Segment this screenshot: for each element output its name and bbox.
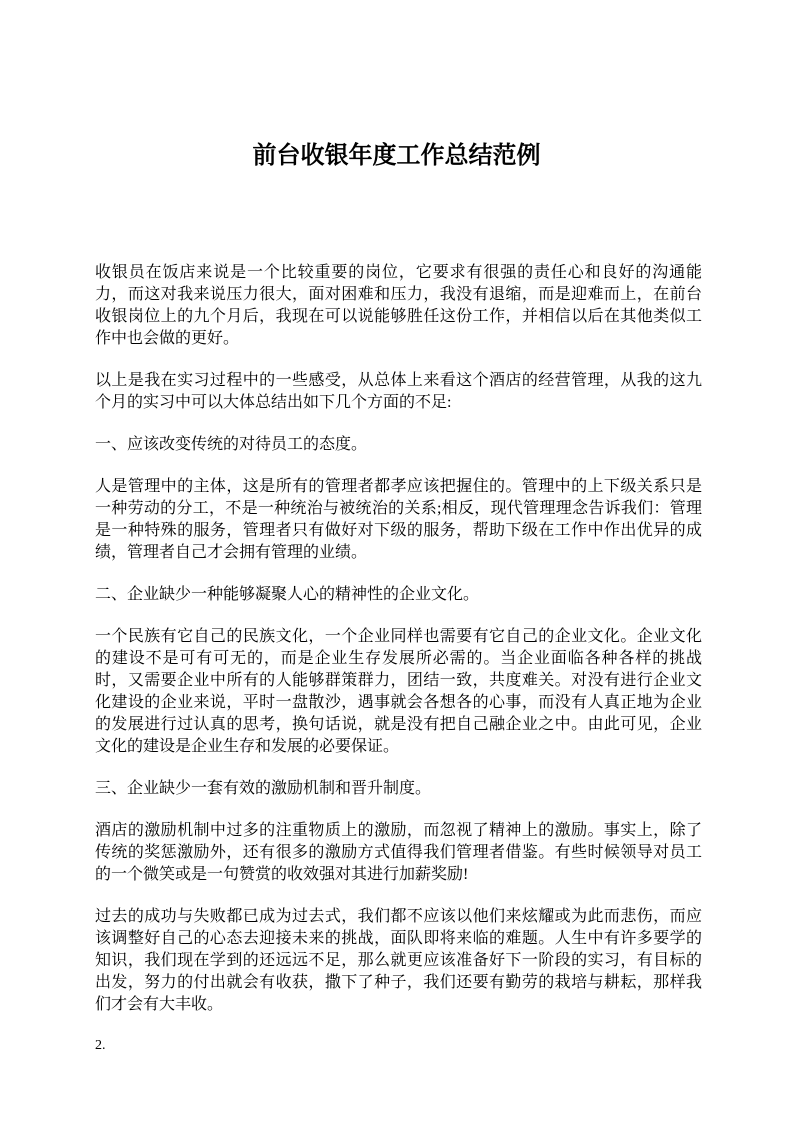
section-heading-2: 二、企业缺少一种能够凝聚人心的精神性的企业文化。 — [95, 584, 702, 606]
page-footer-number: 2. — [95, 1036, 793, 1056]
document-page: 前台收银年度工作总结范例 收银员在饭店来说是一个比较重要的岗位，它要求有很强的责… — [0, 0, 793, 1122]
section-heading-1: 一、应该改变传统的对待员工的态度。 — [95, 434, 702, 456]
paragraph-section-3: 酒店的激励机制中过多的注重物质上的激励，而忽视了精神上的激励。事实上，除了传统的… — [95, 820, 702, 886]
section-heading-3: 三、企业缺少一套有效的激励机制和晋升制度。 — [95, 778, 702, 800]
paragraph-intro: 收银员在饭店来说是一个比较重要的岗位，它要求有很强的责任心和良好的沟通能力，而这… — [95, 262, 702, 350]
paragraph-section-1: 人是管理中的主体，这是所有的管理者都孝应该把握住的。管理中的上下级关系只是一种劳… — [95, 476, 702, 564]
paragraph-section-2: 一个民族有它自己的民族文化，一个企业同样也需要有它自己的企业文化。企业文化的建设… — [95, 626, 702, 758]
paragraph-conclusion: 过去的成功与失败都已成为过去式，我们都不应该以他们来炫耀或为此而悲伤，而应该调整… — [95, 906, 702, 1016]
paragraph-summary-lead: 以上是我在实习过程中的一些感受，从总体上来看这个酒店的经营管理，从我的这九个月的… — [95, 370, 702, 414]
document-body: 收银员在饭店来说是一个比较重要的岗位，它要求有很强的责任心和良好的沟通能力，而这… — [0, 262, 793, 1016]
document-title: 前台收银年度工作总结范例 — [0, 140, 793, 172]
